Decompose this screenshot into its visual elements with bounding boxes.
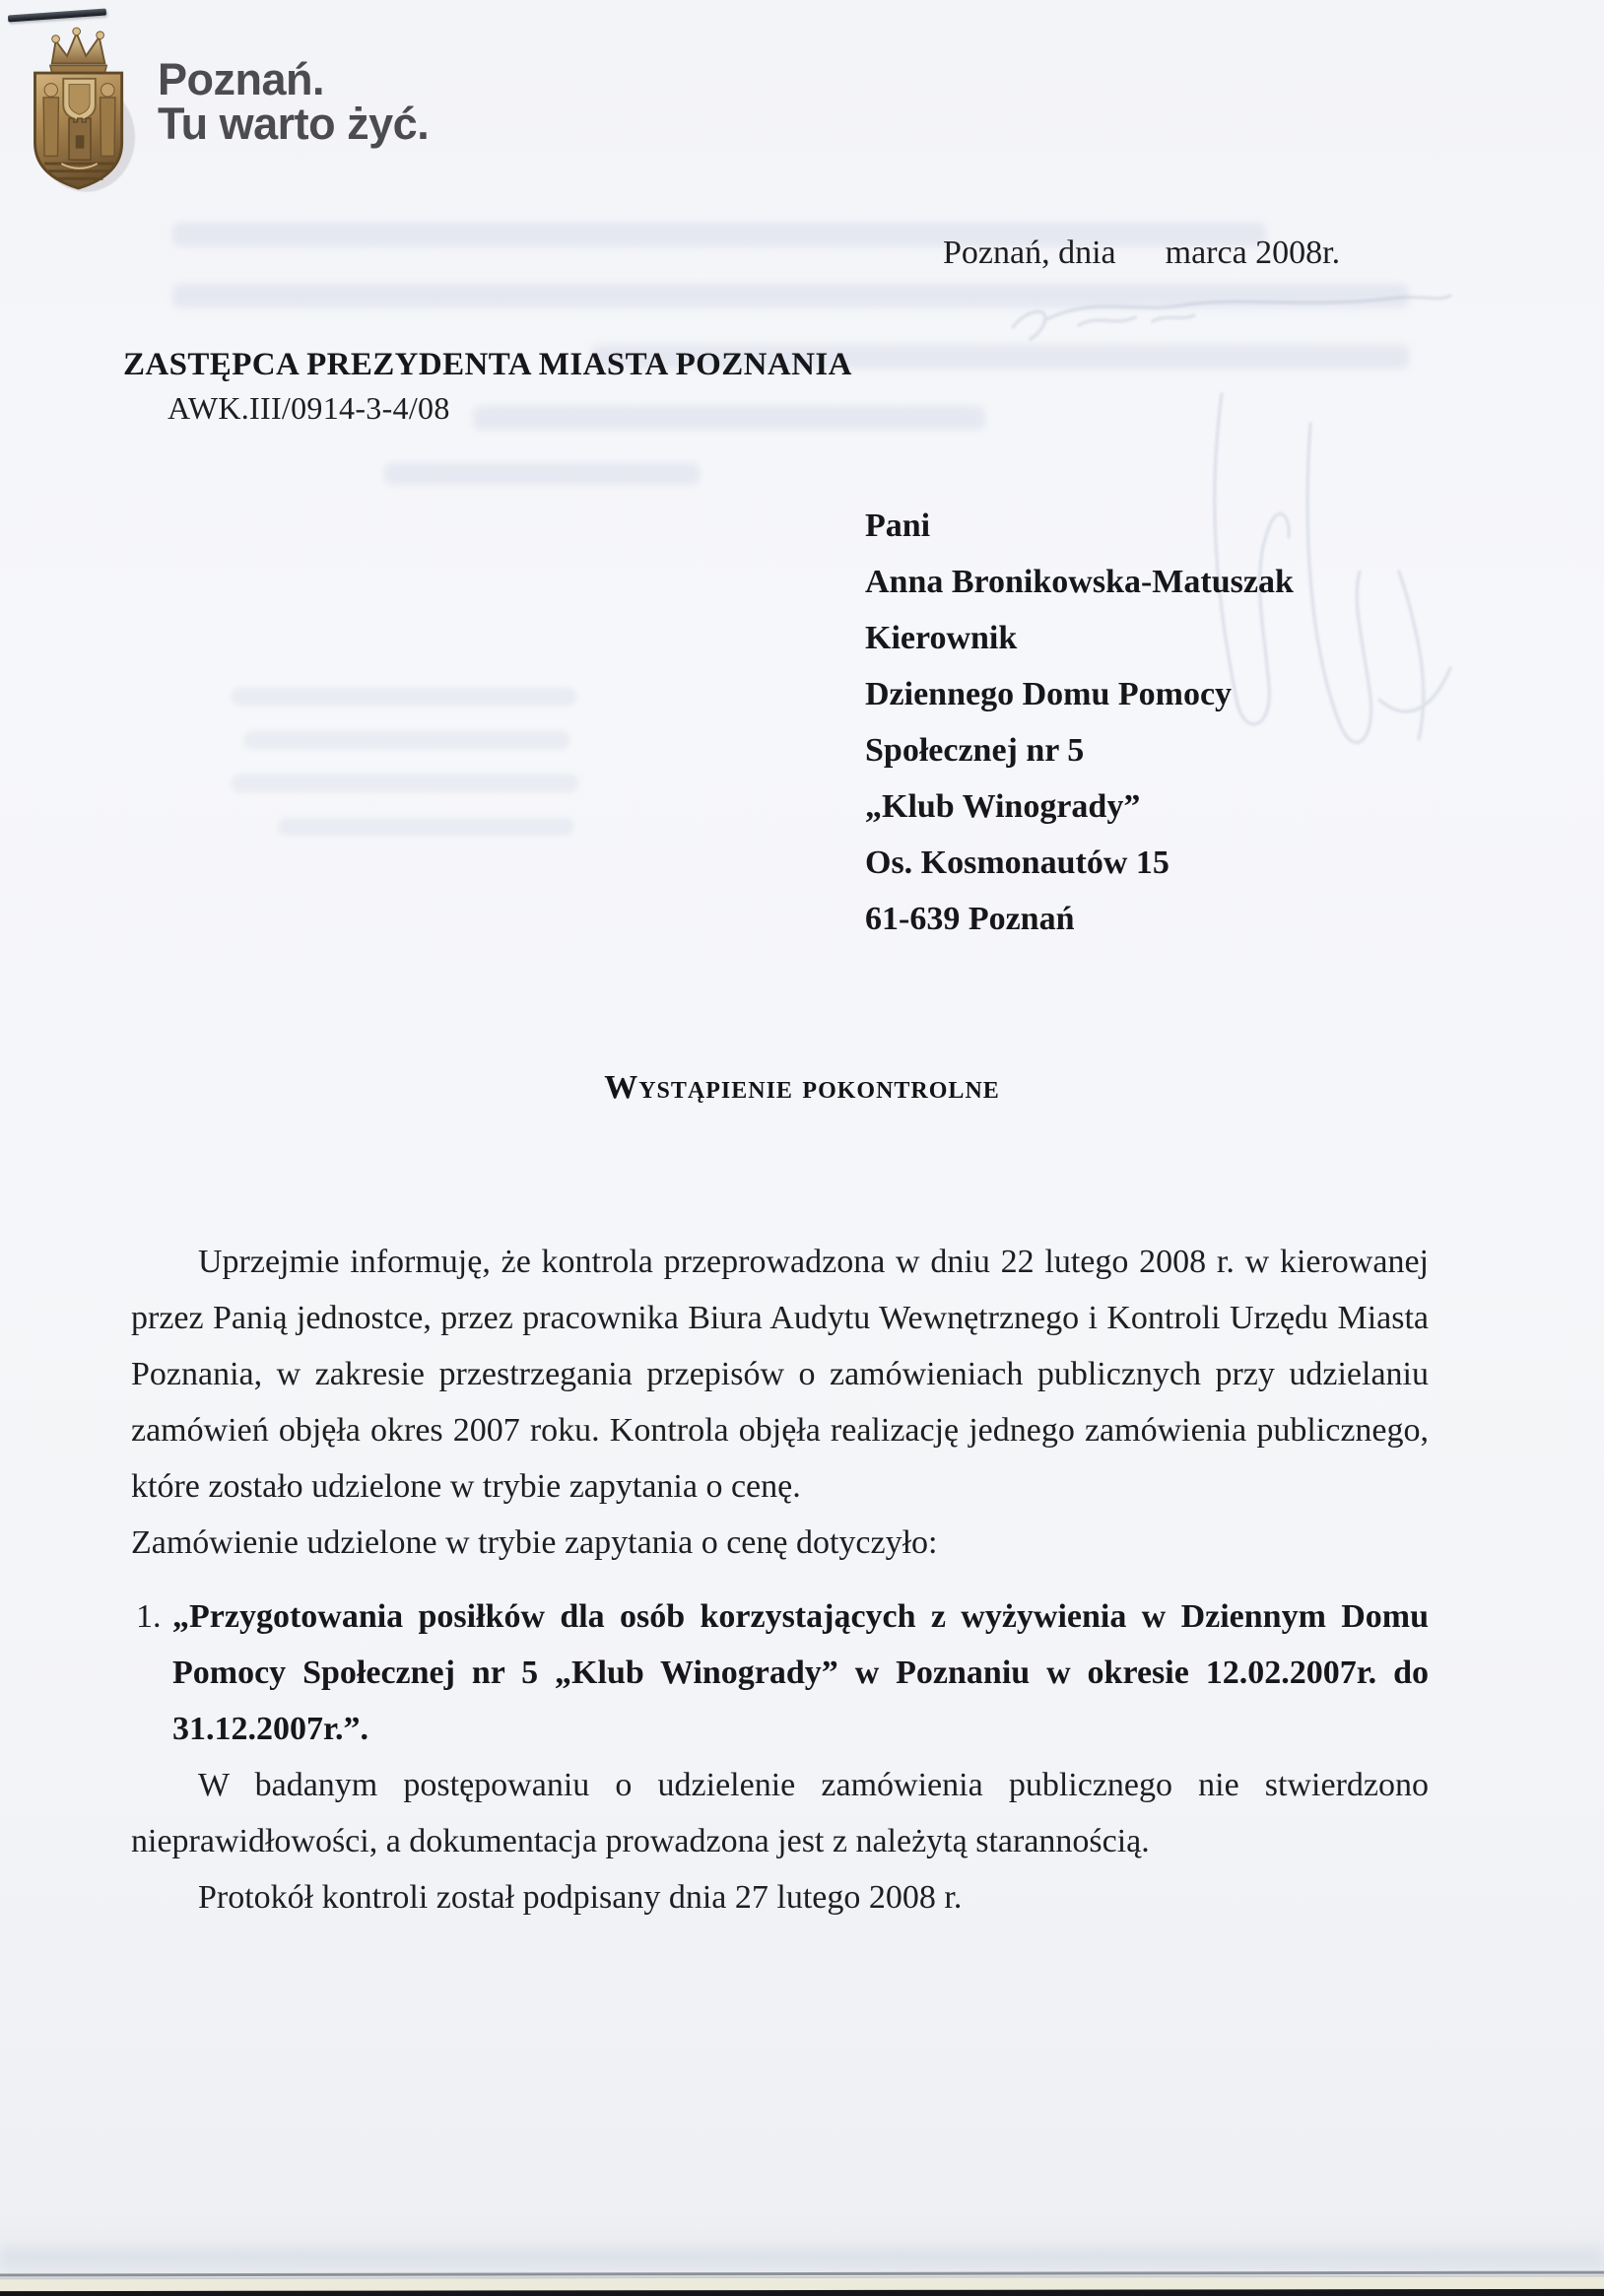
case-reference-number: AWK.III/0914-3-4/08 xyxy=(167,390,852,427)
paragraph-2: Zamówienie udzielone w trybie zapytania … xyxy=(131,1515,1429,1571)
bleedthrough-line xyxy=(244,731,569,749)
brand-wordmark: Poznań. Tu warto żyć. xyxy=(158,57,429,146)
poznan-coat-of-arms-icon xyxy=(24,22,137,199)
paragraph-4: Protokół kontroli został podpisany dnia … xyxy=(131,1869,1429,1925)
recipient-line: Pani xyxy=(865,498,1294,554)
list-item-number: 1. xyxy=(136,1588,172,1757)
coat-of-arms-svg xyxy=(24,22,137,194)
brand-tagline: Tu warto żyć. xyxy=(158,101,429,146)
sender-office-title: ZASTĘPCA PREZYDENTA MIASTA POZNANIA xyxy=(123,347,852,383)
brand-title: Poznań. xyxy=(158,57,429,101)
paragraph-3: W badanym postępowaniu o udzielenie zamó… xyxy=(131,1757,1429,1869)
dateline-place: Poznań, dnia xyxy=(943,235,1116,271)
scanner-background xyxy=(0,2289,1604,2296)
recipient-line: Kierownik xyxy=(865,610,1294,666)
dateline: Poznań, dniamarca 2008r. xyxy=(943,235,1340,272)
recipient-line: Dziennego Domu Pomocy xyxy=(865,666,1294,722)
bleedthrough-line xyxy=(384,463,700,485)
bleedthrough-line xyxy=(278,818,573,836)
recipient-line: „Klub Winogrady” xyxy=(865,778,1294,835)
recipient-line: Os. Kosmonautów 15 xyxy=(865,835,1294,891)
paragraph-1: Uprzejmie informuję, że kontrola przepro… xyxy=(131,1234,1429,1515)
recipient-line: Anna Bronikowska-Matuszak xyxy=(865,554,1294,610)
list-item-1: 1. „Przygotowania posiłków dla osób korz… xyxy=(131,1588,1429,1757)
sender-block: ZASTĘPCA PREZYDENTA MIASTA POZNANIA AWK.… xyxy=(123,347,852,427)
bleedthrough-line xyxy=(232,688,576,706)
dateline-date: marca 2008r. xyxy=(1166,235,1341,271)
bleedthrough-line xyxy=(232,775,578,792)
scanned-letter-page: Poznań. Tu warto żyć. Poznań, dniamarca … xyxy=(0,0,1604,2296)
letter-body: Uprzejmie informuję, że kontrola przepro… xyxy=(131,1234,1429,1925)
list-item-text: „Przygotowania posiłków dla osób korzyst… xyxy=(172,1588,1429,1757)
scan-edge-shadow xyxy=(0,2247,1604,2268)
recipient-block: Pani Anna Bronikowska-Matuszak Kierownik… xyxy=(865,498,1294,947)
recipient-line: 61-639 Poznań xyxy=(865,891,1294,947)
staple-mark xyxy=(8,9,106,23)
recipient-line: Społecznej nr 5 xyxy=(865,722,1294,778)
document-title: Wystąpienie pokontrolne xyxy=(0,1069,1604,1107)
